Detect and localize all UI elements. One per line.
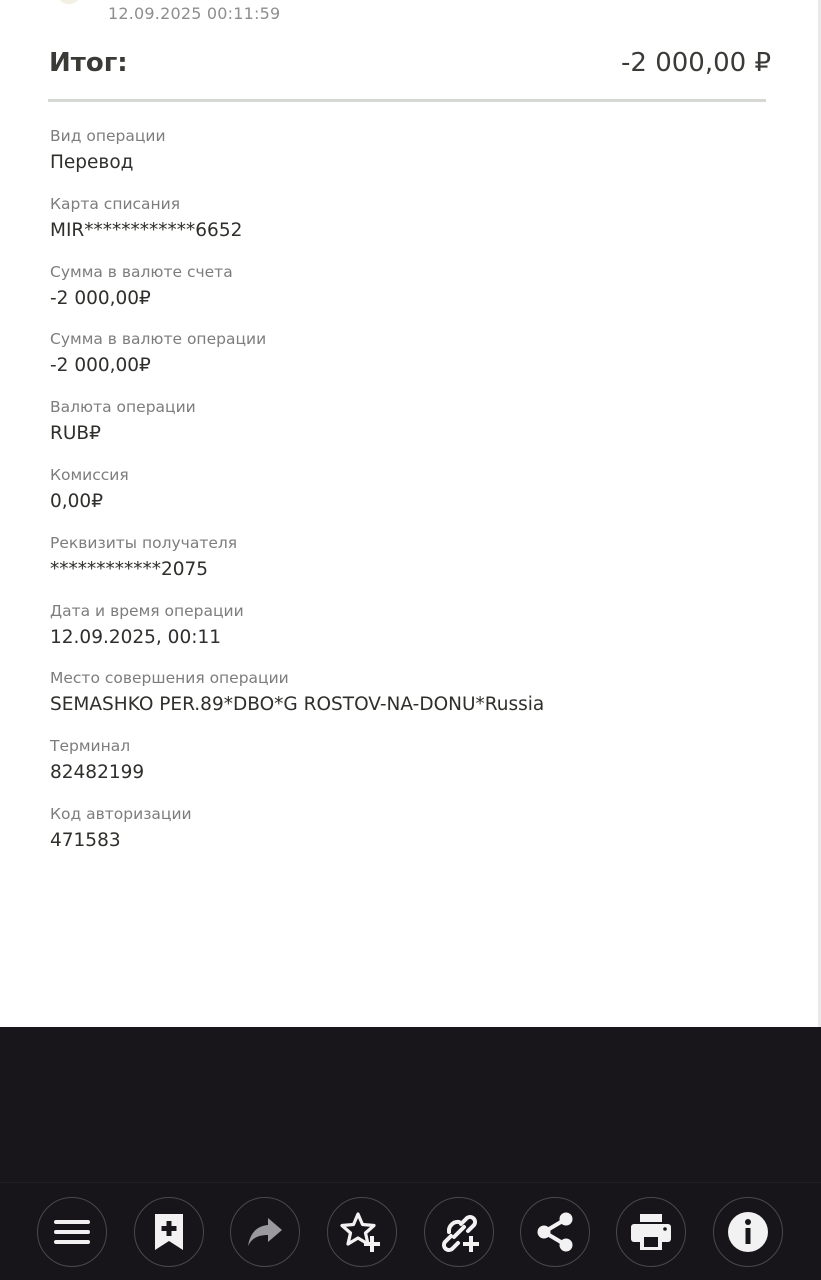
- field-account-currency-amount: Сумма в валюте счета -2 000,00₽: [50, 261, 790, 329]
- field-operation-type: Вид операции Перевод: [50, 125, 790, 193]
- receipt-panel: 12.09.2025 00:11:59 Итог: -2 000,00 ₽ Ви…: [0, 0, 821, 1027]
- field-label: Вид операции: [50, 125, 790, 147]
- field-label: Карта списания: [50, 193, 790, 215]
- favorite-add-button[interactable]: [327, 1197, 397, 1267]
- total-row: Итог: -2 000,00 ₽: [49, 48, 771, 88]
- bookmark-add-button[interactable]: [134, 1197, 204, 1267]
- field-operation-currency: Валюта операции RUB₽: [50, 396, 790, 464]
- field-operation-currency-amount: Сумма в валюте операции -2 000,00₽: [50, 328, 790, 396]
- field-label: Терминал: [50, 735, 790, 757]
- field-label: Комиссия: [50, 464, 790, 486]
- field-value: 0,00₽: [50, 486, 790, 518]
- bank-logo: [58, 0, 80, 4]
- total-separator: [48, 99, 766, 102]
- field-value: 471583: [50, 825, 790, 857]
- menu-button[interactable]: [37, 1197, 107, 1267]
- field-label: Сумма в валюте операции: [50, 328, 790, 350]
- field-authorization-code: Код авторизации 471583: [50, 803, 790, 871]
- field-value: SEMASHKO PER.89*DBO*G ROSTOV-NA-DONU*Rus…: [50, 689, 790, 721]
- field-value: Перевод: [50, 147, 790, 179]
- field-operation-datetime: Дата и время операции 12.09.2025, 00:11: [50, 600, 790, 668]
- forward-button[interactable]: [230, 1197, 300, 1267]
- link-plus-icon: [437, 1210, 481, 1254]
- field-recipient-details: Реквизиты получателя ************2075: [50, 532, 790, 600]
- field-value: ************2075: [50, 554, 790, 586]
- total-amount: -2 000,00 ₽: [621, 48, 771, 78]
- field-value: -2 000,00₽: [50, 283, 790, 315]
- field-commission: Комиссия 0,00₽: [50, 464, 790, 532]
- field-label: Валюта операции: [50, 396, 790, 418]
- field-value: -2 000,00₽: [50, 350, 790, 382]
- print-button[interactable]: [616, 1197, 686, 1267]
- operation-details: Вид операции Перевод Карта списания MIR*…: [50, 125, 790, 871]
- bookmark-plus-icon: [154, 1213, 184, 1251]
- field-label: Код авторизации: [50, 803, 790, 825]
- info-button[interactable]: [713, 1197, 783, 1267]
- field-value: MIR************6652: [50, 215, 790, 247]
- share-icon: [535, 1211, 575, 1253]
- bottom-toolbar: [0, 1182, 821, 1280]
- field-operation-location: Место совершения операции SEMASHKO PER.8…: [50, 667, 790, 735]
- field-label: Сумма в валюте счета: [50, 261, 790, 283]
- receipt-timestamp: 12.09.2025 00:11:59: [108, 4, 280, 23]
- field-value: RUB₽: [50, 418, 790, 450]
- forward-arrow-icon: [246, 1216, 284, 1248]
- field-terminal: Терминал 82482199: [50, 735, 790, 803]
- total-label: Итог:: [49, 48, 128, 78]
- field-value: 82482199: [50, 757, 790, 789]
- field-label: Дата и время операции: [50, 600, 790, 622]
- link-add-button[interactable]: [424, 1197, 494, 1267]
- field-value: 12.09.2025, 00:11: [50, 622, 790, 654]
- field-debit-card: Карта списания MIR************6652: [50, 193, 790, 261]
- hamburger-menu-icon: [53, 1217, 91, 1247]
- share-button[interactable]: [520, 1197, 590, 1267]
- star-plus-icon: [340, 1210, 384, 1254]
- field-label: Реквизиты получателя: [50, 532, 790, 554]
- field-label: Место совершения операции: [50, 667, 790, 689]
- info-icon: [727, 1211, 769, 1253]
- printer-icon: [630, 1212, 672, 1252]
